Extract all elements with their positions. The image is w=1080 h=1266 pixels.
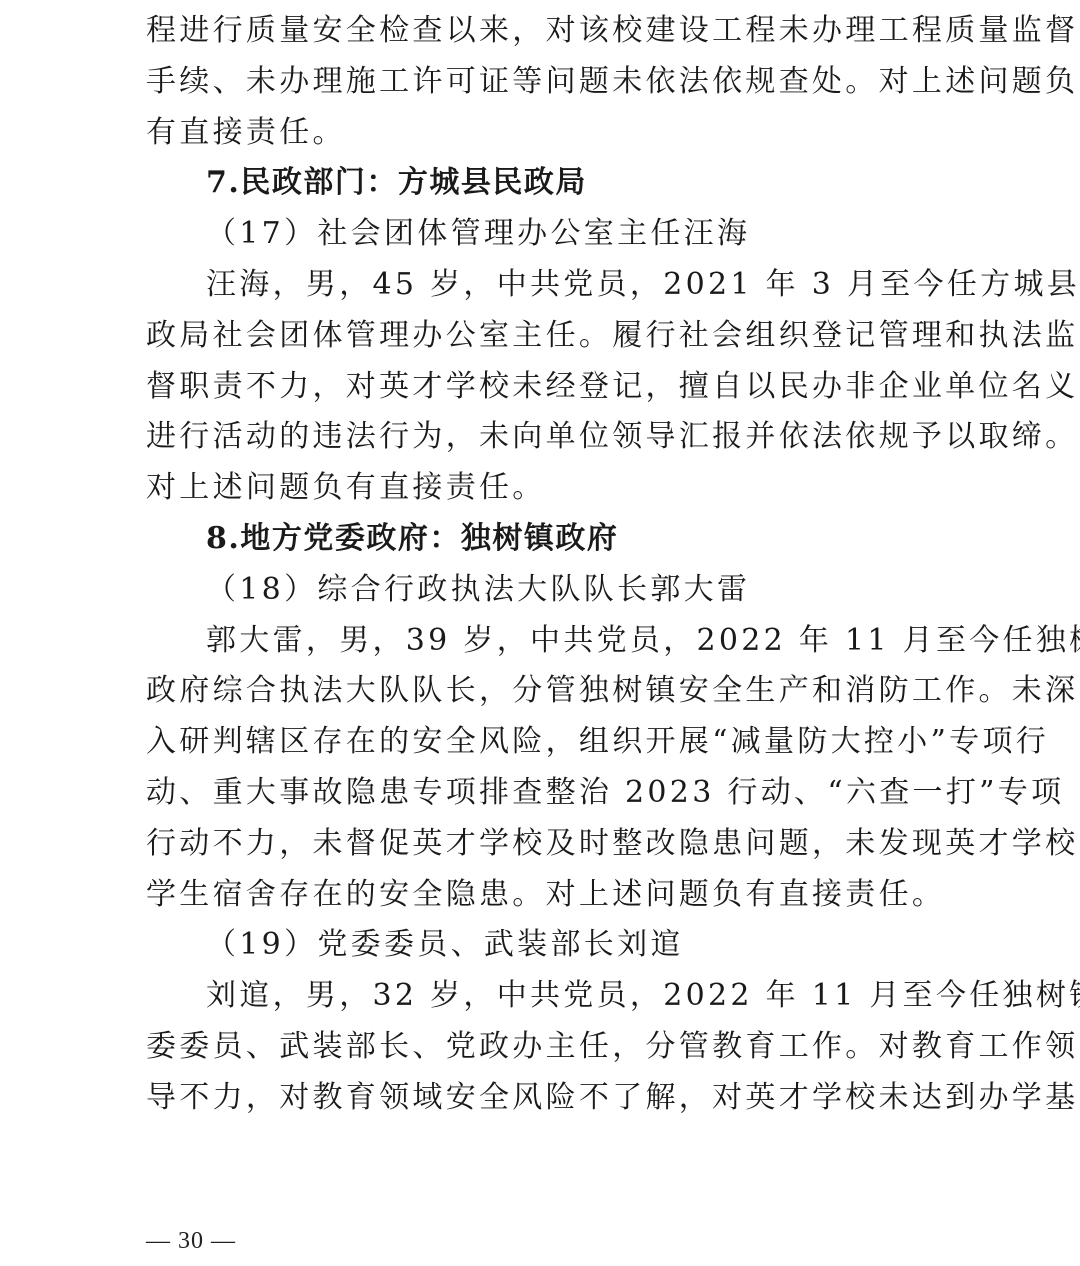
body-line: 学生宿舍存在的安全隐患。对上述问题负有直接责任。 [146,870,946,921]
item-title-18: （18）综合行政执法大队队长郭大雷 [146,565,946,616]
page-number: — 30 — [146,1228,236,1255]
body-line: 进行活动的违法行为，未向单位领导汇报并依法依规予以取缔。 [146,412,946,463]
body-line: 行动不力，未督促英才学校及时整改隐患问题，未发现英才学校 [146,819,946,870]
body-line: 导不力，对教育领域安全风险不了解，对英才学校未达到办学基 [146,1073,946,1124]
body-line: 有直接责任。 [146,108,946,159]
body-line: 政局社会团体管理办公室主任。履行社会组织登记管理和执法监 [146,311,946,362]
body-line: 程进行质量安全检查以来，对该校建设工程未办理工程质量监督 [146,6,946,57]
body-line: 对上述问题负有直接责任。 [146,463,946,514]
body-line: 督职责不力，对英才学校未经登记，擅自以民办非企业单位名义 [146,362,946,413]
section-heading-local-government: 8.地方党委政府：独树镇政府 [146,514,946,565]
document-body: 程进行质量安全检查以来，对该校建设工程未办理工程质量监督 手续、未办理施工许可证… [146,6,946,1124]
body-line: 政府综合执法大队队长，分管独树镇安全生产和消防工作。未深 [146,666,946,717]
body-line: 刘逭，男，32 岁，中共党员，2022 年 11 月至今任独树镇党 [146,971,946,1022]
section-heading-civil-affairs: 7.民政部门：方城县民政局 [146,158,946,209]
body-line: 动、重大事故隐患专项排查整治 2023 行动、“六查一打”专项 [146,768,946,819]
body-line: 汪海，男，45 岁，中共党员，2021 年 3 月至今任方城县民 [146,260,946,311]
body-line: 委委员、武装部长、党政办主任，分管教育工作。对教育工作领 [146,1022,946,1073]
body-line: 郭大雷，男，39 岁，中共党员，2022 年 11 月至今任独树镇 [146,616,946,667]
item-title-19: （19）党委委员、武装部长刘逭 [146,920,946,971]
body-line: 手续、未办理施工许可证等问题未依法依规查处。对上述问题负 [146,57,946,108]
item-title-17: （17）社会团体管理办公室主任汪海 [146,209,946,260]
body-line: 入研判辖区存在的安全风险，组织开展“减量防大控小”专项行 [146,717,946,768]
